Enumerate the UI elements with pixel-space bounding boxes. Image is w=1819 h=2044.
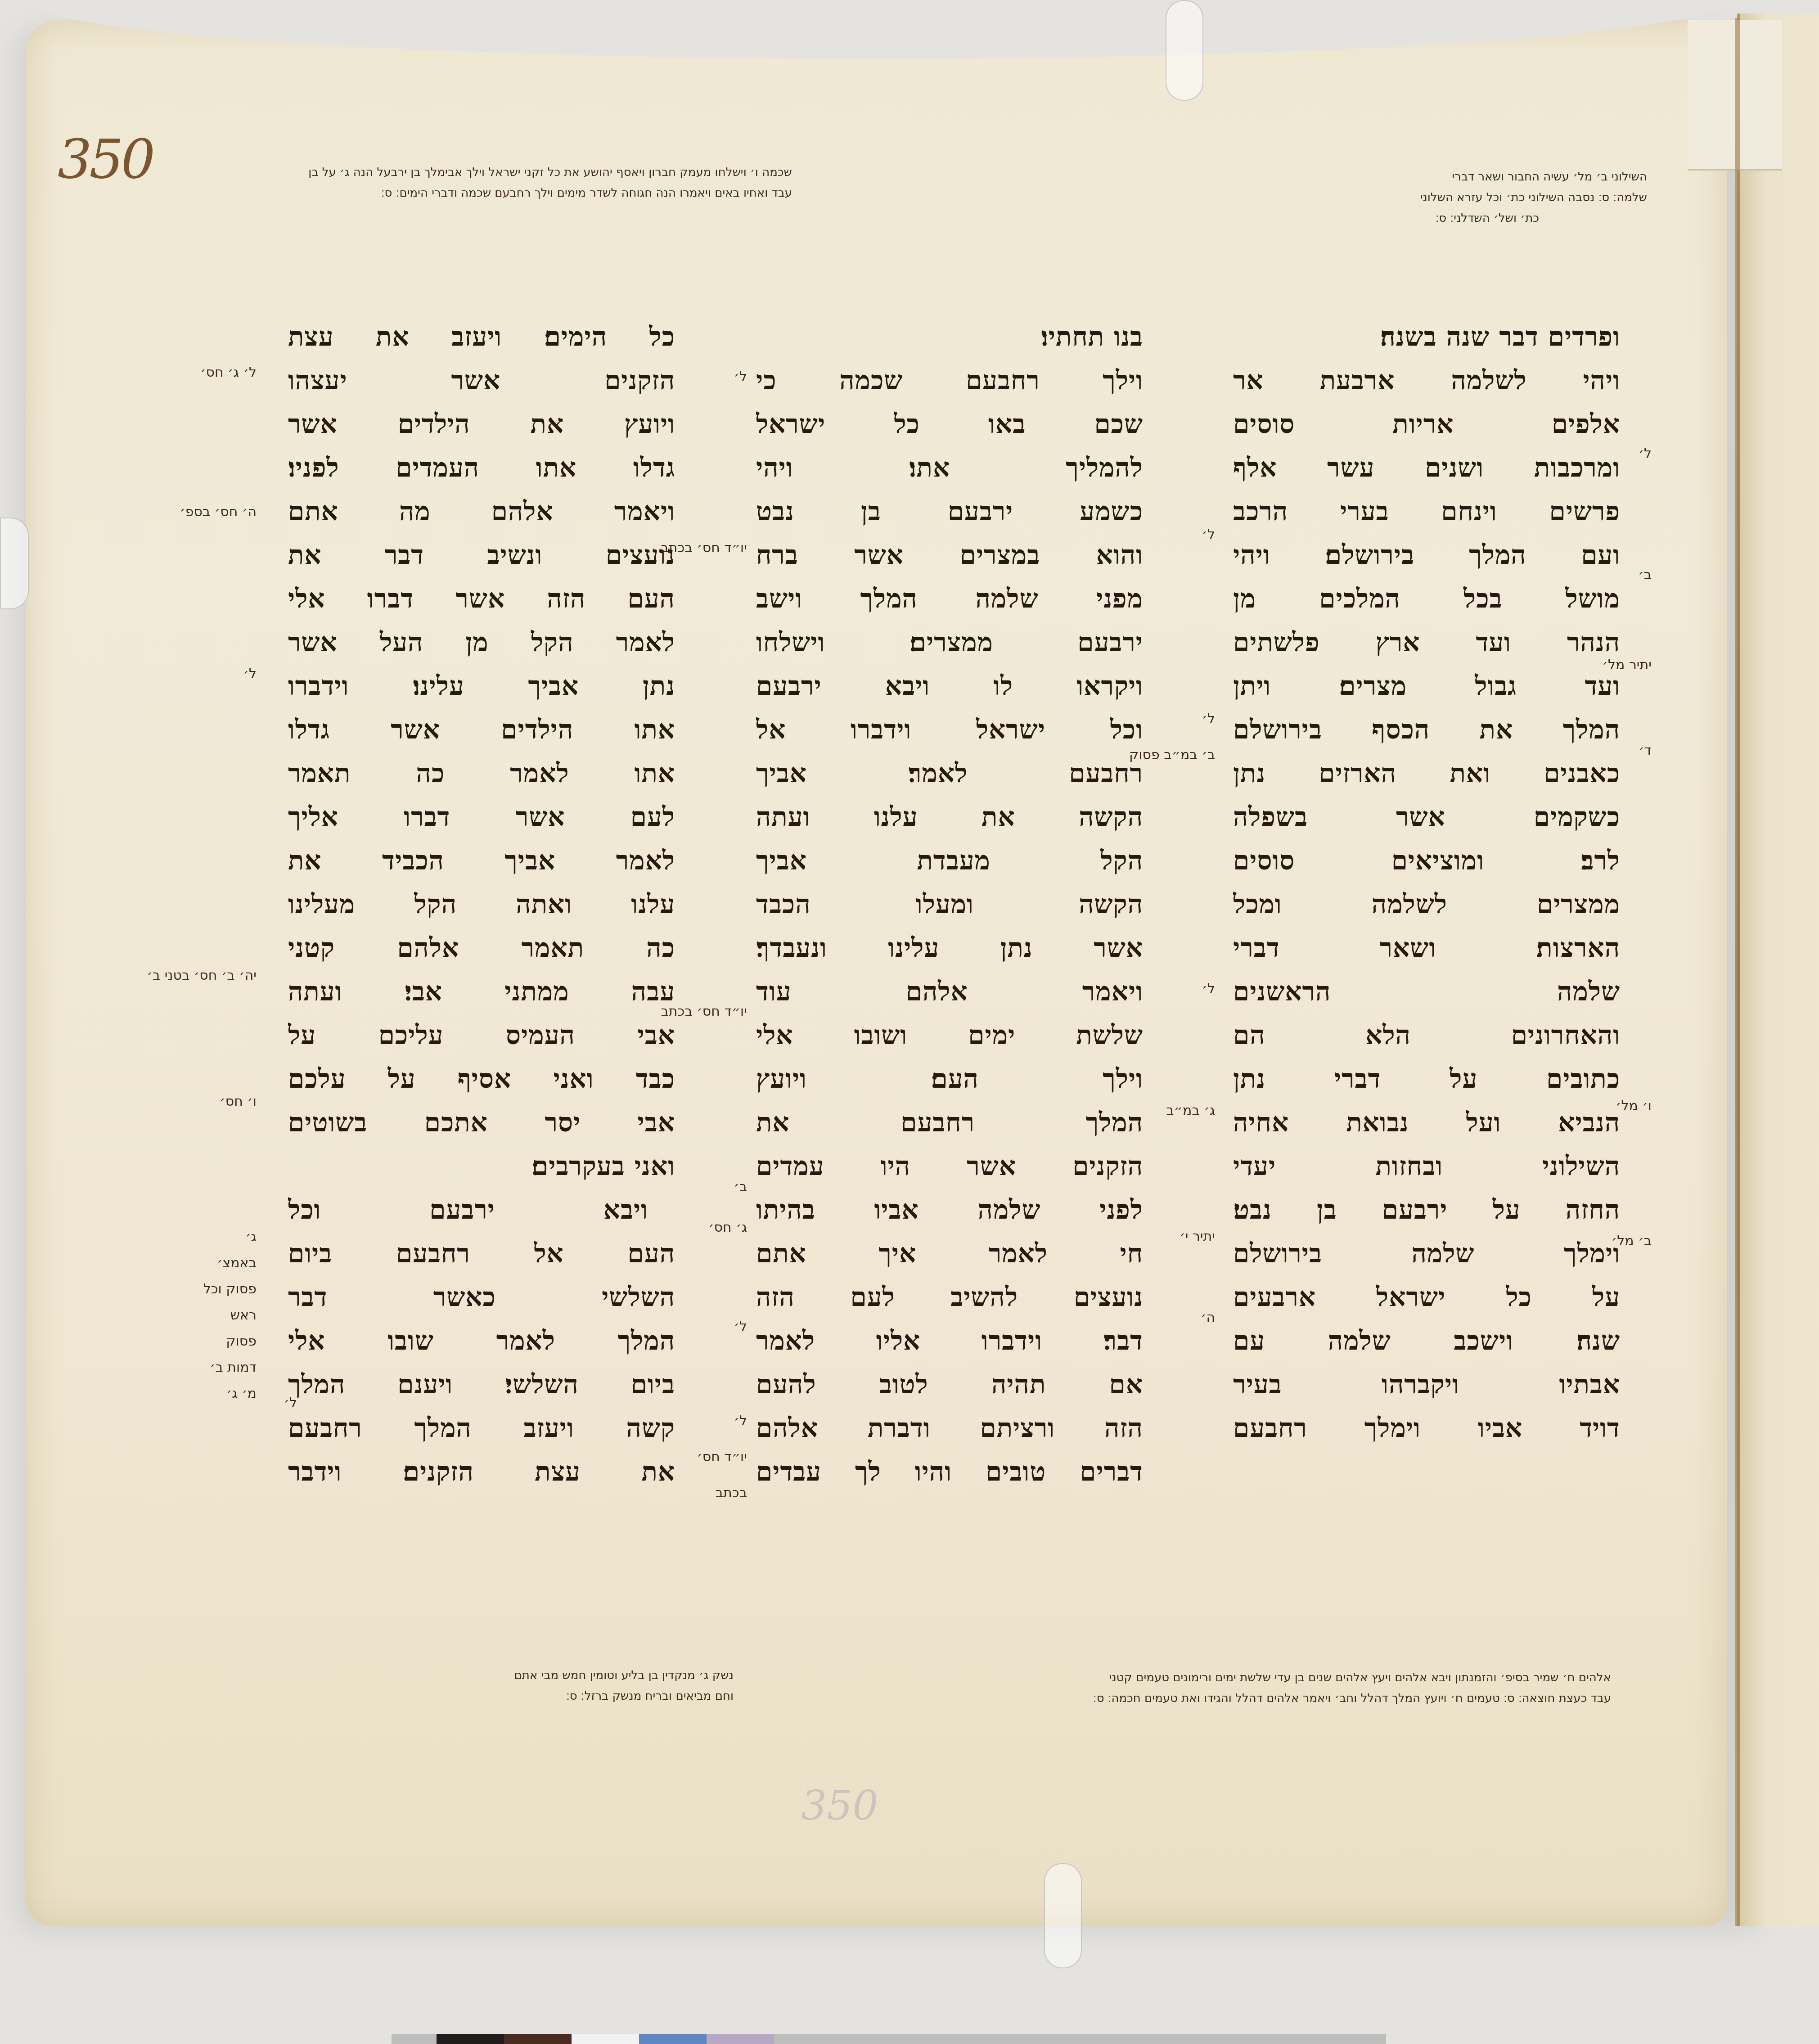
mount-clip-bottom [1044,1863,1082,1968]
text-line: שנה׃ וישכב שלמה עם [1233,1319,1620,1363]
text-line: דברים טובים והיו לך עבדים [756,1450,1143,1494]
text-line: ואני בעקרבים׃ [288,1144,675,1188]
text-line: מושל בכל המלכים מן [1233,577,1620,621]
margin-note: ל׳ [1202,981,1215,997]
text-line: ויהי לשלמה ארבעת אר [1233,359,1620,402]
text-line: ויועץ את הילדים אשר [288,402,675,446]
text-line: כשמע ירבעם בן נבט [756,490,1143,533]
text-line: העם הזה אשר דברו אלי [288,577,675,621]
text-line: והאחרונים הלא הם [1233,1013,1620,1057]
text-line: ומרכבות ושנים עשר אלף [1233,446,1620,490]
text-line: המלך לאמר שובו אלי [288,1319,675,1363]
text-line: לעם אשר דברו אליך [288,795,675,839]
text-line: עלנו ואתה הקל מעלינו [288,882,675,926]
margin-note: ל׳ [1202,527,1215,542]
masorah-line: שלמה׃ ס׃ נסבה השילוני כת׳ וכל עזרא השלונ… [1251,187,1647,208]
text-line: השלשי כאשר דבר [288,1275,675,1319]
margin-note: ג׳ חס׳ [708,1220,747,1235]
text-line: אלפים אריות סוסים [1233,402,1620,446]
text-line: קשה ויעזב המלך רחבעם [288,1406,675,1450]
margin-note: יתיר מל׳ [1603,657,1652,673]
text-line: הזה ורציתם ודברת אלהם [756,1406,1143,1450]
margin-note: יו״ד חס׳ בכתב [661,540,747,556]
text-column-right: ופרדים דבר שנה בשנה׃ ויהי לשלמה ארבעת אר… [1233,315,1620,1450]
margin-note: ל׳ [284,1395,297,1411]
margin-note: ל׳ [734,369,747,385]
text-line: המלך רחבעם את [756,1101,1143,1144]
text-line: הקשה את עלנו ועתה [756,795,1143,839]
margin-note: ו׳ מל׳ [1616,1098,1652,1114]
mount-clip-left [0,518,29,609]
mount-clip-top [1166,0,1203,101]
text-line: כל הימים׃ ויעזב את עצת [288,315,675,359]
text-line: הקשה ומעלו הכבד [756,882,1143,926]
margin-note: יו״ד חס׳ בכתב [661,1004,747,1019]
text-line: וימלך שלמה בירושלם [1233,1232,1620,1275]
margin-note: ה׳ חס׳ בספ׳ [180,504,257,520]
text-line: המלך את הכסף בירושלם [1233,708,1620,752]
masorah-top-left: שכמה ו׳ וישלחו מעמק חברון ויאסף יהושע את… [306,162,792,203]
text-line: הנהר ועד ארץ פלשתים [1233,621,1620,664]
text-line: ירבעם ממצרים׃ וישלחו [756,621,1143,664]
text-line: על כל ישראל ארבעים [1233,1275,1620,1319]
margin-note: ה׳ [1201,1310,1215,1325]
text-line: כשקמים אשר בשפלה [1233,795,1620,839]
margin-note: ד׳ [1639,743,1652,758]
text-line: אתו לאמר כה תאמר [288,752,675,795]
text-line: לפני שלמה אביו בהיתו [756,1188,1143,1232]
text-line: ועד גבול מצרים׃ ויתן [1233,664,1620,708]
text-line: כבד ואני אסיף על עלכם [288,1057,675,1101]
text-line: אבתיו ויקברהו בעיר [1233,1363,1620,1406]
margin-notes-middle-left: ל׳ יו״ד חס׳ בכתב יו״ד חס׳ בכתב ב׳ ג׳ חס׳… [689,315,747,1530]
text-line: ויאמר אלהם עוד [756,970,1143,1013]
margin-note: ל׳ [1638,446,1652,461]
text-line: לאמר הקל מן העל אשר [288,621,675,664]
text-line: החזה על ירבעם בן נבט׃ [1233,1188,1620,1232]
text-line: כה תאמר אלהם קטני [288,926,675,970]
text-line: להמליך אתו׃ ויהי [756,446,1143,490]
masorah-line: השילוני ב׳ מל׳ עשיה החבור ושאר דברי [1251,167,1647,187]
text-line: אשר נתן עלינו ונעבדך׃ [756,926,1143,970]
margin-notes-middle-right: ל׳ ל׳ ב׳ במ״ב פסוק ל׳ ג׳ במ״ב יתיר י׳ ה׳ [1157,315,1215,1530]
text-line: דבר׃ וידברו אליו לאמר [756,1319,1143,1363]
masorah-bottom-left: נשק ג׳ מנקדין בן בליע וטומין חמש מבי אתם… [315,1665,734,1706]
text-line: השילוני ובחזות יעדי [1233,1144,1620,1188]
text-line: שלשת ימים ושובו אלי [756,1013,1143,1057]
text-line: ויבא ירבעם וכל [288,1188,675,1232]
margin-note: יו״ד חס׳ [697,1449,747,1465]
calibration-swatch-blue [639,2034,707,2044]
text-line: שלמה הראשנים [1233,970,1620,1013]
text-line: וילך רחבעם שכמה כי [756,359,1143,402]
margin-note: ב׳ מל׳ [1612,1233,1652,1249]
text-line: העם אל רחבעם ביום [288,1232,675,1275]
text-line: דויד אביו וימלך רחבעם [1233,1406,1620,1450]
text-line: בנו תחתיו׃ [756,315,1143,359]
margin-note: ל׳ [1202,711,1215,727]
text-line: נתן אביך עלינו׃ וידברו [288,664,675,708]
adjacent-folio-edge [1737,14,1819,1926]
text-line: נועצים להשיב לעם הזה [756,1275,1143,1319]
text-line: שכם באו כל ישראל [756,402,1143,446]
text-line: חי לאמר איך אתם [756,1232,1143,1275]
text-line: והוא במצרים אשר ברח [756,533,1143,577]
margin-notes-left: ל׳ ג׳ חס׳ ה׳ חס׳ בספ׳ ל׳ יה׳ ב׳ חס׳ בטני… [194,315,257,1530]
calibration-swatch-black [437,2034,504,2044]
margin-note: ו׳ חס׳ [220,1094,257,1109]
text-line: כתובים על דברי נתן [1233,1057,1620,1101]
margin-note: ג׳ באמצ׳ פסוק וכל ראש פסוק דמות ב׳ מ׳ ג׳ [203,1224,257,1407]
masorah-line: כת׳ ושל׳ השדלני׃ ס׃ [1251,208,1647,229]
margin-note: ג׳ במ״ב [1166,1103,1215,1118]
binding-gutter [1735,18,1740,1926]
masorah-line: עבד ואחיו באים ויאמרו הנה חגוחה לשדר מימ… [306,183,792,203]
calibration-swatch-white [572,2034,639,2044]
margin-note: יתיר י׳ [1180,1229,1215,1244]
calibration-swatch-lavender [707,2034,774,2044]
text-line: פרשים וינחם בערי הרכב [1233,490,1620,533]
margin-note: ב׳ [1638,567,1652,583]
margin-note: בכתב [716,1485,747,1501]
text-column-left: כל הימים׃ ויעזב את עצת הזקנים אשר יעצהו … [288,315,675,1494]
text-line: לאמר אביך הכביד את [288,839,675,882]
text-line: עבה ממתני אבי׃ ועתה [288,970,675,1013]
margin-notes-right: ל׳ ב׳ יתיר מל׳ ד׳ ו׳ מל׳ ב׳ מל׳ [1593,315,1652,1530]
binding-guard-strip [1688,20,1782,171]
color-calibration-bar [392,2034,1386,2044]
margin-note: יה׳ ב׳ חס׳ בטני ב׳ [147,968,257,983]
masorah-line: שכמה ו׳ וישלחו מעמק חברון ויאסף יהושע את… [306,162,792,183]
text-line: רחבעם לאמר׃ אביך [756,752,1143,795]
text-line: אבי יסר אתכם בשוטים [288,1101,675,1144]
text-line: כאבנים ואת הארזים נתן [1233,752,1620,795]
text-line: ועם המלך בירושלם׃ ויהי [1233,533,1620,577]
text-line: הקל מעבדת אביך [756,839,1143,882]
text-column-middle: בנו תחתיו׃ וילך רחבעם שכמה כי שכם באו כל… [756,315,1143,1494]
margin-note: ב׳ במ״ב פסוק [1129,747,1215,763]
masorah-line: וחם מביאים ובריח מנשק ברזל׃ ס׃ [315,1686,734,1706]
text-line: הזקנים אשר יעצהו [288,359,675,402]
masorah-line: עבד כעצת חוצאה׃ ס׃ טעמים ח׳ ויועץ המלך ד… [774,1688,1611,1709]
text-line: ויאמר אלהם מה אתם [288,490,675,533]
masorah-line: נשק ג׳ מנקדין בן בליע וטומין חמש מבי אתם [315,1665,734,1686]
text-line: ביום השלשי׃ ויענם המלך [288,1363,675,1406]
text-line: וילך העם׃ ויועץ [756,1057,1143,1101]
folio-number: 350 [58,128,153,191]
margin-note: ב׳ [734,1179,747,1195]
folio-number-faint: 350 [801,1782,878,1829]
text-line: אם תהיה לטוב להעם [756,1363,1143,1406]
calibration-swatch-brown [504,2034,572,2044]
text-line: ויקראו לו ויבא ירבעם [756,664,1143,708]
text-line: נועצים ונשיב דבר את [288,533,675,577]
margin-note: ל׳ [734,1413,747,1429]
text-line: גדלו אתו העמדים לפניו׃ [288,446,675,490]
text-line: הזקנים אשר היו עמדים [756,1144,1143,1188]
text-line: את עצת הזקנים׃ וידבר [288,1450,675,1494]
text-line: הנביא ועל נבואת אחיה [1233,1101,1620,1144]
margin-note: ל׳ ג׳ חס׳ [200,365,257,380]
masorah-top-right: השילוני ב׳ מל׳ עשיה החבור ושאר דברי שלמה… [1251,167,1647,229]
text-line: אתו הילדים אשר גדלו [288,708,675,752]
text-line: וכל ישראל וידברו אל [756,708,1143,752]
text-line: מפני שלמה המלך וישב [756,577,1143,621]
masorah-bottom-right: אלהים ח׳ שמיר בסיפ׳ והזמנתון ויבא אלהים … [774,1667,1611,1709]
text-line: לרב׃ ומוציאים סוסים [1233,839,1620,882]
margin-note: ל׳ [243,666,257,682]
margin-note: ל׳ [734,1319,747,1334]
text-line: הארצות׃ ושאר דברי [1233,926,1620,970]
text-line: אבי העמיס עליכם על [288,1013,675,1057]
text-line: ופרדים דבר שנה בשנה׃ [1233,315,1620,359]
text-line: ממצרים לשלמה ומכל [1233,882,1620,926]
masorah-line: אלהים ח׳ שמיר בסיפ׳ והזמנתון ויבא אלהים … [774,1667,1611,1688]
